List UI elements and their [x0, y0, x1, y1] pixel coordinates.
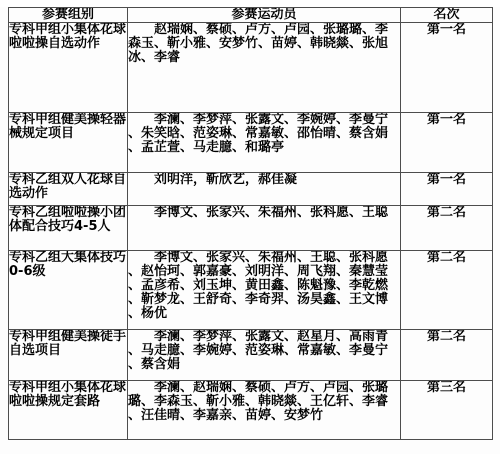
- rank-cell: 第二名: [401, 330, 493, 381]
- table-row: 专科甲组健美操轻器械规定项目李澜、李梦萍、张露文、李婉婷、李曼宁、朱笑晗、范姿琳…: [9, 113, 493, 173]
- group-cell: 专科甲组小集体花球啦啦操自选动作: [9, 23, 128, 113]
- column-header-rank: 名次: [401, 8, 493, 23]
- table-row: 专科乙组大集体技巧0-6级李博文、张家兴、朱福州、王聪、张科愿、赵怡珂、郭嘉豪、…: [9, 251, 493, 330]
- rank-cell: 第一名: [401, 113, 493, 173]
- rank-cell: 第二名: [401, 206, 493, 251]
- table-row: 专科甲组小集体花球啦啦操自选动作赵瑞娴、蔡硕、卢方、卢园、张璐璐、李森玉、靳小雅…: [9, 23, 493, 113]
- document-page: 参赛组别 参赛运动员 名次 专科甲组小集体花球啦啦操自选动作赵瑞娴、蔡硕、卢方、…: [0, 7, 500, 454]
- rank-cell: 第一名: [401, 23, 493, 113]
- athletes-cell: 李博文、张家兴、朱福州、张科愿、王聪: [128, 206, 401, 251]
- rank-cell: 第一名: [401, 173, 493, 206]
- group-cell: 专科乙组双人花球自选动作: [9, 173, 128, 206]
- table-row: 专科乙组双人花球自选动作刘明洋，靳欣艺，郝佳凝第一名: [9, 173, 493, 206]
- group-cell: 专科甲组健美操徒手自选项目: [9, 330, 128, 381]
- group-cell: 专科甲组健美操轻器械规定项目: [9, 113, 128, 173]
- athletes-cell: 李博文、张家兴、朱福州、王聪、张科愿、赵怡珂、郭嘉豪、刘明洋、周飞翔、秦慧莹、孟…: [128, 251, 401, 330]
- column-header-athletes: 参赛运动员: [128, 8, 401, 23]
- group-cell: 专科甲组小集体花球啦啦操规定套路: [9, 381, 128, 440]
- column-header-group: 参赛组别: [9, 8, 128, 23]
- rank-cell: 第三名: [401, 381, 493, 440]
- athletes-cell: 李澜、赵瑞娴、蔡硕、卢方、卢园、张璐璐、李森玉、靳小雅、韩晓燚、王亿轩、李睿、汪…: [128, 381, 401, 440]
- table-header-row: 参赛组别 参赛运动员 名次: [9, 8, 493, 23]
- table-row: 专科乙组啦啦操小团体配合技巧4-5人李博文、张家兴、朱福州、张科愿、王聪第二名: [9, 206, 493, 251]
- group-cell: 专科乙组大集体技巧0-6级: [9, 251, 128, 330]
- table-row: 专科甲组健美操徒手自选项目李澜、李梦萍、张露文、赵星月、高雨青、马走臆、李婉婷、…: [9, 330, 493, 381]
- athletes-cell: 赵瑞娴、蔡硕、卢方、卢园、张璐璐、李森玉、靳小雅、安梦竹、苗婷、韩晓燚、张旭冰、…: [128, 23, 401, 113]
- athletes-cell: 李澜、李梦萍、张露文、赵星月、高雨青、马走臆、李婉婷、范姿琳、常嘉敏、李曼宁、蔡…: [128, 330, 401, 381]
- competition-results-table: 参赛组别 参赛运动员 名次 专科甲组小集体花球啦啦操自选动作赵瑞娴、蔡硕、卢方、…: [8, 7, 493, 440]
- table-row: 专科甲组小集体花球啦啦操规定套路李澜、赵瑞娴、蔡硕、卢方、卢园、张璐璐、李森玉、…: [9, 381, 493, 440]
- group-cell: 专科乙组啦啦操小团体配合技巧4-5人: [9, 206, 128, 251]
- athletes-cell: 刘明洋，靳欣艺，郝佳凝: [128, 173, 401, 206]
- table-body: 专科甲组小集体花球啦啦操自选动作赵瑞娴、蔡硕、卢方、卢园、张璐璐、李森玉、靳小雅…: [9, 23, 493, 440]
- rank-cell: 第二名: [401, 251, 493, 330]
- athletes-cell: 李澜、李梦萍、张露文、李婉婷、李曼宁、朱笑晗、范姿琳、常嘉敏、邵怡晴、蔡含娟、孟…: [128, 113, 401, 173]
